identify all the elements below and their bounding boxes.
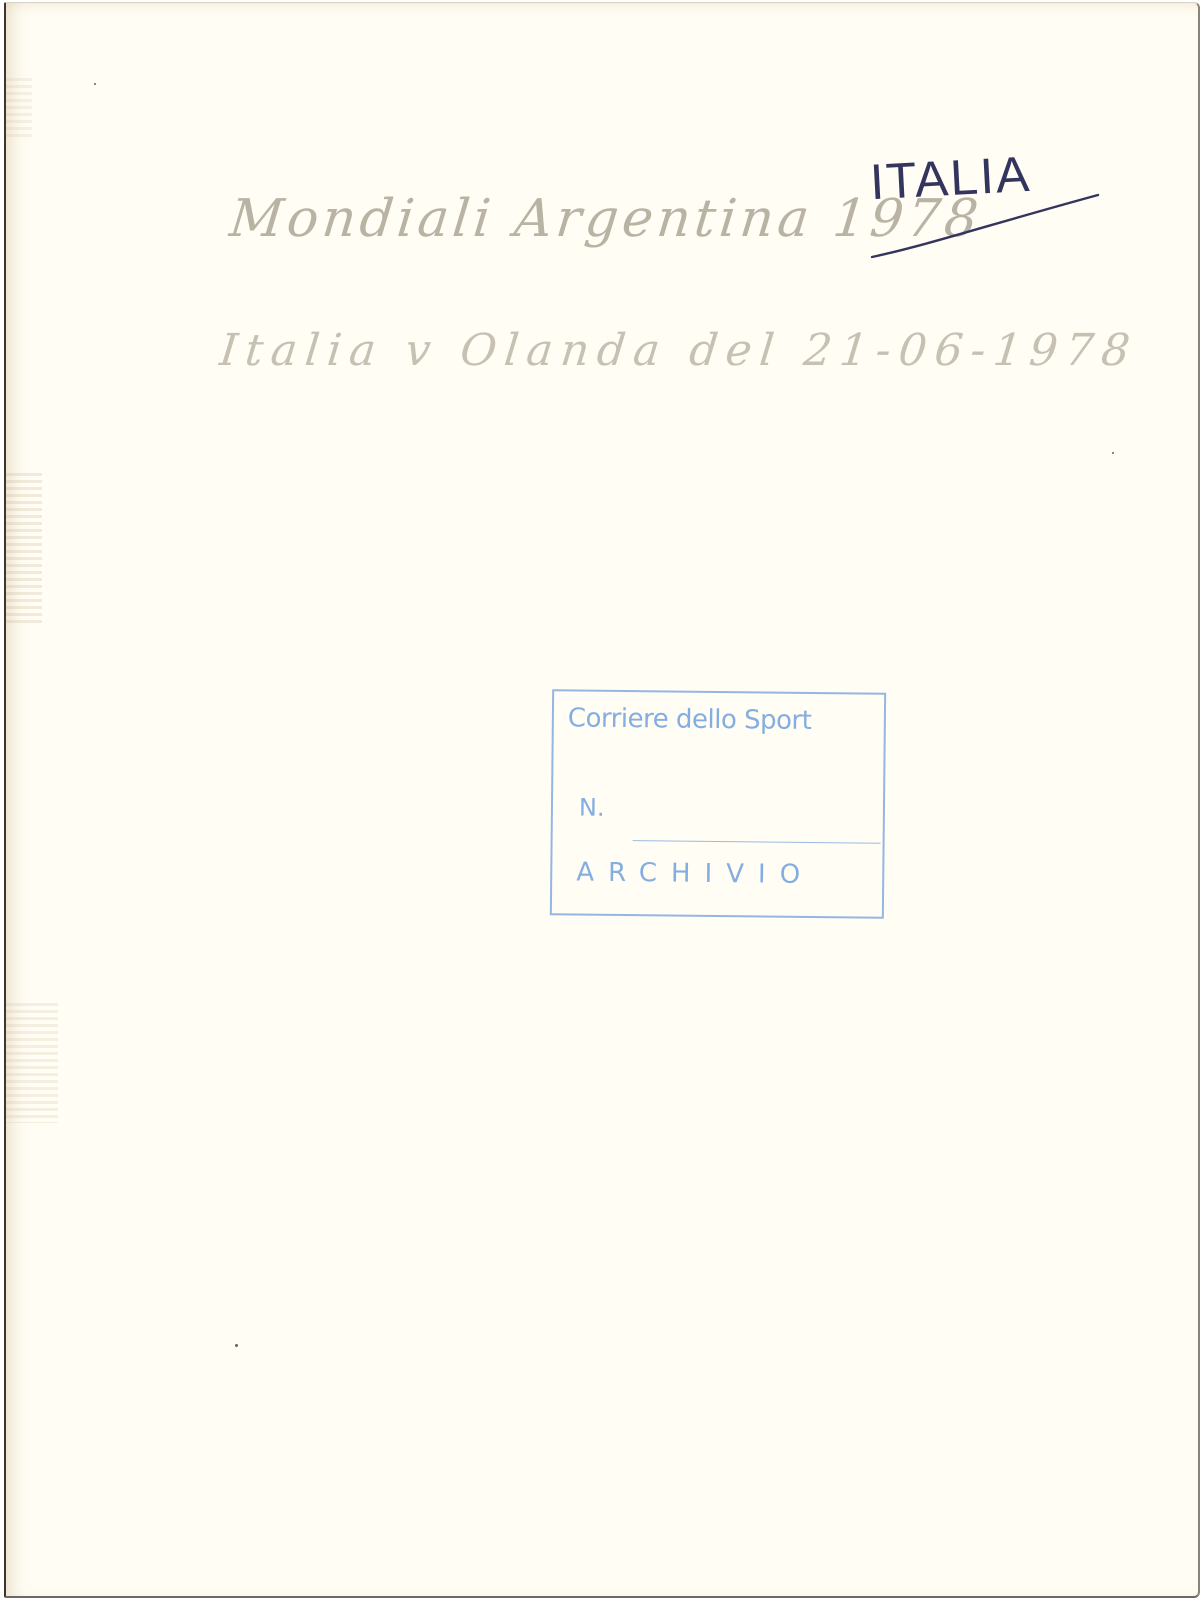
- photo-back-paper: Mondiali Argentina 1978 Italia v Olanda …: [4, 2, 1200, 1598]
- stamp-publisher: Corriere dello Sport: [568, 703, 812, 736]
- stamp-number-line: [633, 840, 881, 844]
- paper-speck: [235, 1344, 238, 1347]
- paper-speck: [1112, 452, 1114, 454]
- stamp-archive-label: ARCHIVIO: [576, 858, 814, 890]
- ink-underline: [868, 189, 1100, 263]
- scan-canvas: Mondiali Argentina 1978 Italia v Olanda …: [0, 0, 1201, 1600]
- edge-stain: [6, 78, 32, 138]
- edge-stain: [6, 1003, 58, 1123]
- edge-stain: [6, 473, 42, 623]
- archive-stamp: Corriere dello Sport N. ARCHIVIO: [550, 689, 886, 918]
- pencil-note-match: Italia v Olanda del 21-06-1978: [217, 325, 1140, 376]
- paper-speck: [94, 83, 96, 85]
- stamp-number-label: N.: [579, 794, 605, 822]
